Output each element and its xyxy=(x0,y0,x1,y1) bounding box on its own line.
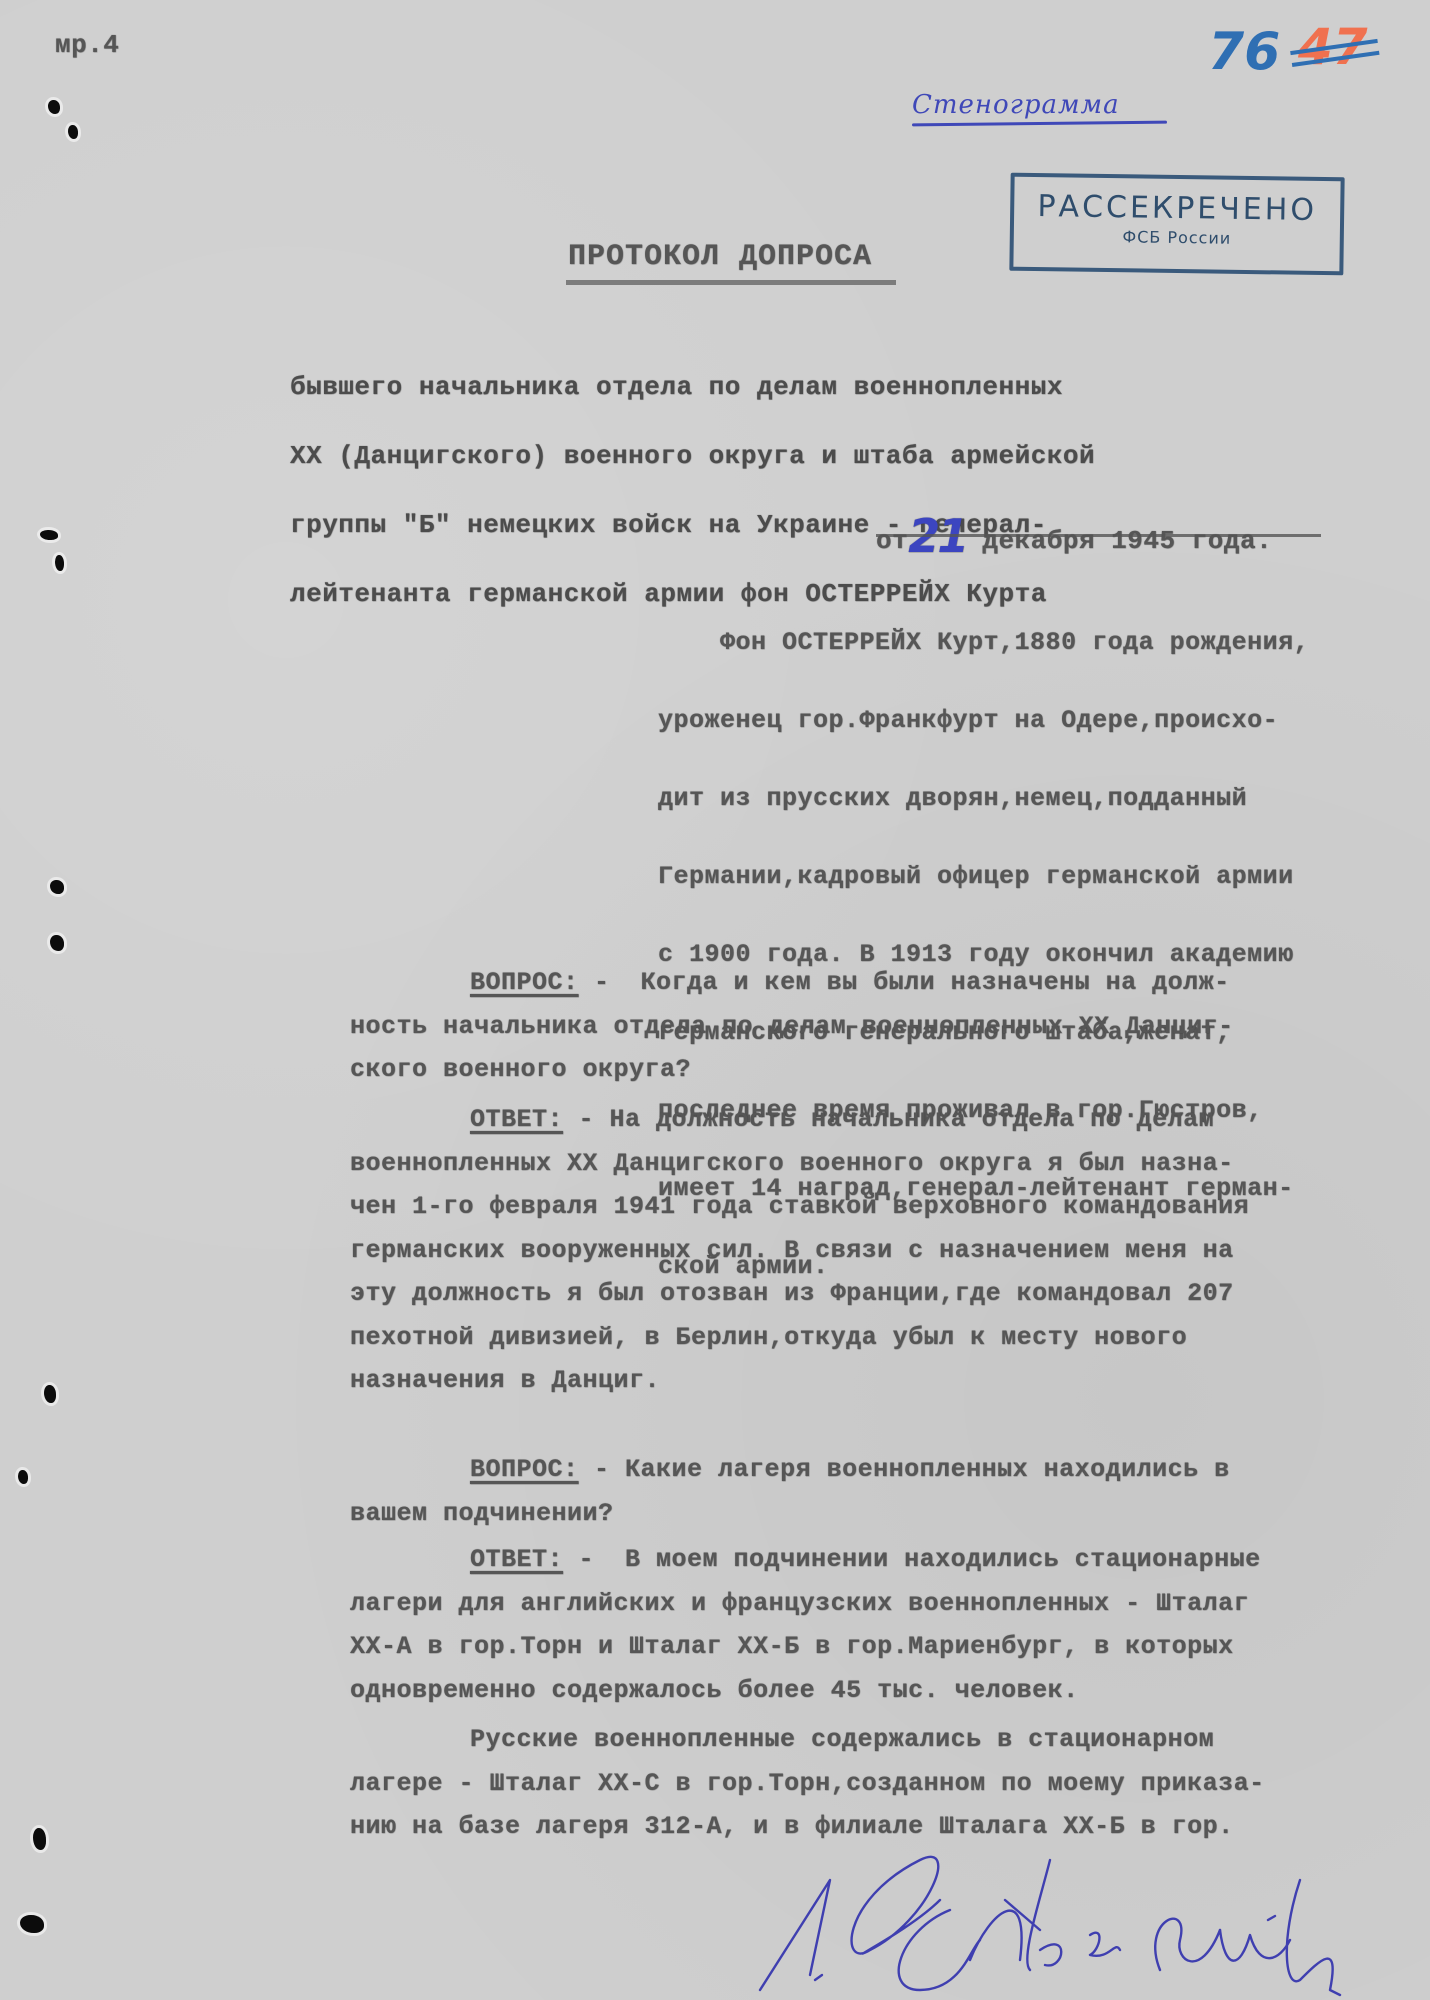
answer-text: - На должность начальника отдела по дела… xyxy=(563,1105,1214,1134)
answer-line: ОТВЕТ: - В моем подчинении находились ст… xyxy=(470,1545,1261,1574)
date-prefix: от xyxy=(876,526,908,556)
answer-line: германских вооруженных сил. В связи с на… xyxy=(350,1236,1234,1265)
answer-line: одновременно содержалось более 45 тыс. ч… xyxy=(350,1676,1079,1705)
punch-hole xyxy=(20,1915,44,1933)
punch-hole xyxy=(55,555,64,571)
answer-line: XX-А в гор.Торн и Шталаг XX-Б в гор.Мари… xyxy=(350,1632,1234,1661)
answer-continued-text: Русские военнопленные содержались в стац… xyxy=(470,1725,1214,1754)
bio-line: Фон ОСТЕРРЕЙХ Курт,1880 года рождения, xyxy=(658,630,1309,656)
stamp-sub-text: ФСБ России xyxy=(1014,226,1340,250)
date-rest: декабря 1945 года. xyxy=(966,526,1272,556)
punch-hole xyxy=(40,530,58,540)
question-line: ность начальника отдела по делам военноп… xyxy=(350,1012,1234,1041)
question-text: - Какие лагеря военнопленных находились … xyxy=(579,1455,1230,1484)
question-line: ВОПРОС: - Когда и кем вы были назначены … xyxy=(470,968,1230,997)
date-underline xyxy=(876,534,1321,537)
question-line: вашем подчинении? xyxy=(350,1499,614,1528)
question-label: ВОПРОС: xyxy=(470,1455,579,1484)
punch-hole xyxy=(44,1385,56,1403)
answer-text: - В моем подчинении находились стационар… xyxy=(563,1545,1261,1574)
handwritten-note: Стенограмма xyxy=(912,90,1120,120)
answer-line: военнопленных XX Данцигского военного ок… xyxy=(350,1149,1234,1178)
document-title: ПРОТОКОЛ ДОПРОСА xyxy=(568,240,872,274)
answer-label: ОТВЕТ: xyxy=(470,1545,563,1574)
answer-continued-line: нию на базе лагеря 312-А, и в филиале Шт… xyxy=(350,1812,1234,1841)
question-line: ского военного округа? xyxy=(350,1055,691,1084)
punch-hole xyxy=(33,1828,46,1850)
answer-line: чен 1-го февраля 1941 года ставкой верхо… xyxy=(350,1192,1249,1221)
punch-hole xyxy=(50,935,64,951)
answer-line: ОТВЕТ: - На должность начальника отдела … xyxy=(470,1105,1214,1134)
answer-label: ОТВЕТ: xyxy=(470,1105,563,1134)
question-line: ВОПРОС: - Какие лагеря военнопленных нах… xyxy=(470,1455,1230,1484)
answer-line: лагери для английских и французских воен… xyxy=(350,1589,1249,1618)
subject-line: бывшего начальника отдела по делам военн… xyxy=(290,376,1095,399)
question-label: ВОПРОС: xyxy=(470,968,579,997)
bio-line: с 1900 года. В 1913 году окончил академи… xyxy=(658,942,1309,968)
page-marker: мр.4 xyxy=(55,30,119,60)
punch-hole xyxy=(68,125,78,139)
bio-line: дит из прусских дворян,немец,подданный xyxy=(658,786,1309,812)
punch-hole xyxy=(50,880,64,894)
subject-line: XX (Данцигского) военного округа и штаба… xyxy=(290,445,1095,468)
punch-hole xyxy=(48,100,60,114)
answer-line: эту должность я был отозван из Франции,г… xyxy=(350,1279,1234,1308)
declassified-stamp: РАССЕКРЕЧЕНО ФСБ России xyxy=(1009,173,1344,276)
answer-continued-line: Русские военнопленные содержались в стац… xyxy=(470,1725,1214,1754)
archive-page-number: 76 xyxy=(1208,22,1280,82)
crossed-out-page-number: 47 xyxy=(1298,18,1368,76)
answer-line: пехотной дивизией, в Берлин,откуда убыл … xyxy=(350,1323,1187,1352)
title-underline xyxy=(566,280,896,285)
bio-line: уроженец гор.Франкфурт на Одере,происхо- xyxy=(658,708,1309,734)
answer-continued-line: лагере - Шталаг XX-С в гор.Торн,созданно… xyxy=(350,1769,1265,1798)
handwritten-note-underline xyxy=(912,121,1167,127)
signature: K. Oesterreich xyxy=(720,1840,1420,2000)
bio-line: Германии,кадровый офицер германской арми… xyxy=(658,864,1309,890)
answer-line: назначения в Данциг. xyxy=(350,1366,660,1395)
stamp-main-text: РАССЕКРЕЧЕНО xyxy=(1014,189,1340,229)
question-text: - Когда и кем вы были назначены на долж- xyxy=(579,968,1230,997)
punch-hole xyxy=(18,1470,28,1484)
document-date: от21 декабря 1945 года. xyxy=(876,505,1272,559)
